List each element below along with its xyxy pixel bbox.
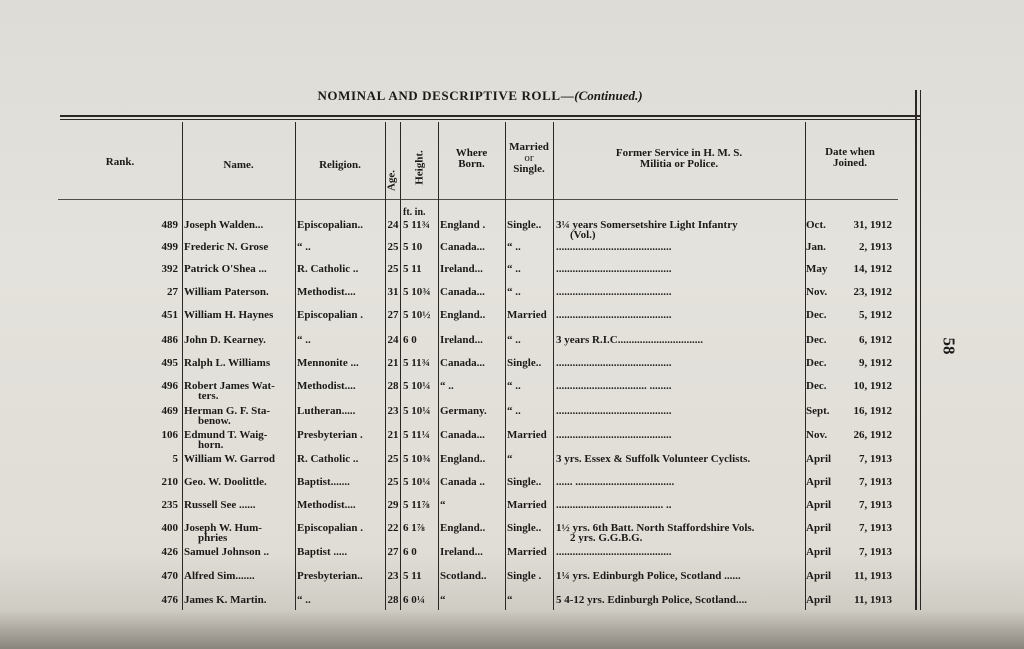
cell-religion: Presbyterian.. [297,570,385,582]
table-row: 486John D. Kearney.“ ..246 0Ireland...“ … [0,334,920,356]
cell-age: 25 [386,241,400,253]
cell-height-text: 6 0 [403,334,417,346]
cell-married-text: “ [507,453,513,465]
cell-age: 23 [386,570,400,582]
cell-age-text: 27 [388,309,399,321]
cell-religion-text: “ .. [297,334,311,346]
cell-height: 5 10¾ [403,286,437,298]
cell-service-text: ........................................… [556,309,672,321]
cell-religion: Methodist.... [297,380,385,392]
header-height: Height. [415,143,426,193]
cell-service-text: 1¼ yrs. Edinburgh Police, Scotland .....… [556,570,741,582]
cell-month: April [806,453,840,465]
cell-born-text: Ireland... [440,546,483,558]
cell-month-text: Dec. [806,334,826,346]
cell-religion: Episcopalian . [297,522,385,534]
cell-married: Married [507,309,553,321]
cell-name-text: Frederic N. Grose [184,241,268,253]
cell-age: 24 [386,334,400,346]
cell-born-text: “ [440,594,446,606]
cell-service: 1½ yrs. 6th Batt. North Staffordshire Vo… [556,522,804,543]
cell-name: John D. Kearney. [184,334,294,346]
cell-married-text: “ .. [507,241,521,253]
cell-month-text: Sept. [806,405,830,417]
table-row: 470Alfred Sim.......Presbyterian..235 11… [0,570,920,592]
cell-age: 28 [386,380,400,392]
cell-month-text: April [806,546,831,558]
cell-height-text: 5 11¾ [403,357,430,369]
cell-rank: 495 [0,357,178,369]
table-row: 469Herman G. F. Sta-benow.Lutheran.....2… [0,405,920,427]
cell-religion-text: Presbyterian.. [297,570,363,582]
cell-name-text: Samuel Johnson .. [184,546,269,558]
cell-name: Edmund T. Waig-horn. [184,429,294,450]
table-row: 400Joseph W. Hum-phriesEpiscopalian .226… [0,522,920,544]
cell-day: 11, 1913 [836,570,892,582]
cell-height-text: 5 10¼ [403,405,431,417]
cell-age: 25 [386,263,400,275]
cell-married-text: “ [507,594,513,606]
cell-age-text: 23 [388,405,399,417]
cell-name: Ralph L. Williams [184,357,294,369]
cell-month-text: Dec. [806,309,826,321]
cell-religion: Presbyterian . [297,429,385,441]
cell-service-text: 5 4-12 yrs. Edinburgh Police, Scotland..… [556,594,747,606]
cell-married: “ .. [507,405,553,417]
cell-name-text: Alfred Sim....... [184,570,255,582]
cell-month: April [806,570,840,582]
cell-rank: 451 [0,309,178,321]
cell-name: Joseph Walden... [184,219,294,231]
cell-month-text: Jan. [806,241,826,253]
table-row: 426Samuel Johnson ..Baptist .....276 0Ir… [0,546,920,568]
cell-age: 23 [386,405,400,417]
cell-name-text: Patrick O'Shea ... [184,263,267,275]
cell-service-continuation: (Vol.) [556,231,804,240]
cell-name-text: William W. Garrod [184,453,275,465]
cell-married: Single.. [507,476,553,488]
cell-married-text: Married [507,546,547,558]
cell-month: April [806,476,840,488]
cell-day-text: 7, 1913 [859,499,892,511]
header-rule [58,199,898,200]
cell-religion-text: Baptist ..... [297,546,347,558]
cell-married: Single.. [507,219,553,231]
cell-born: “ [440,594,504,606]
cell-married: “ .. [507,263,553,275]
cell-height-text: 5 11¾ [403,219,430,231]
cell-rank: 470 [0,570,178,582]
cell-rank: 426 [0,546,178,558]
cell-religion: “ .. [297,241,385,253]
cell-service-continuation: 2 yrs. G.G.B.G. [556,534,804,543]
cell-service: ........................................… [556,357,804,369]
cell-height: 5 11¾ [403,357,437,369]
cell-age-text: 27 [388,546,399,558]
cell-age-text: 25 [388,453,399,465]
page-number: 58 [939,338,959,355]
cell-name: Patrick O'Shea ... [184,263,294,275]
cell-religion: Methodist.... [297,286,385,298]
cell-day: 9, 1912 [836,357,892,369]
cell-height: 5 10½ [403,309,437,321]
cell-religion-text: “ .. [297,594,311,606]
cell-married-text: “ .. [507,380,521,392]
cell-religion-text: Methodist.... [297,380,356,392]
cell-day-text: 26, 1912 [854,429,893,441]
cell-service: 3 years R.I.C...........................… [556,334,804,346]
right-border-2 [920,90,921,610]
cell-age-text: 31 [388,286,399,298]
cell-height-text: 6 0¼ [403,594,425,606]
cell-rank: 27 [0,286,178,298]
table-row: 496Robert James Wat-ters.Methodist....28… [0,380,920,402]
cell-height-text: 5 10¼ [403,476,431,488]
cell-name-text: William H. Haynes [184,309,273,321]
cell-married-text: “ .. [507,263,521,275]
cell-month: May [806,263,840,275]
cell-month-text: April [806,453,831,465]
cell-rank-text: 486 [162,334,179,346]
cell-rank-text: 470 [162,570,179,582]
cell-service: ........................................… [556,286,804,298]
cell-height-text: 5 11¼ [403,429,430,441]
cell-height: 5 11¼ [403,429,437,441]
cell-age-text: 28 [388,380,399,392]
cell-name: Joseph W. Hum-phries [184,522,294,543]
cell-name: Alfred Sim....... [184,570,294,582]
cell-month: Oct. [806,219,840,231]
cell-height: 5 10¼ [403,476,437,488]
cell-day-text: 7, 1913 [859,476,892,488]
cell-religion: R. Catholic .. [297,263,385,275]
cell-day-text: 2, 1913 [859,241,892,253]
cell-height-text: 5 11⅞ [403,499,430,511]
cell-name-text: Russell See ...... [184,499,256,511]
cell-name-text: William Paterson. [184,286,269,298]
cell-rank-text: 476 [162,594,179,606]
cell-age-text: 24 [388,334,399,346]
cell-rank: 106 [0,429,178,441]
cell-age-text: 25 [388,241,399,253]
table-row: 27William Paterson.Methodist....315 10¾C… [0,286,920,308]
cell-born: England . [440,219,504,231]
cell-service-text: ........................................… [556,357,672,369]
cell-service: ...... .................................… [556,476,804,488]
cell-religion-text: R. Catholic .. [297,453,358,465]
table-row: 495Ralph L. WilliamsMennonite ...215 11¾… [0,357,920,379]
table-row: 392Patrick O'Shea ...R. Catholic ..255 1… [0,263,920,285]
cell-married: “ .. [507,241,553,253]
cell-religion-text: Methodist.... [297,499,356,511]
cell-married: Single.. [507,357,553,369]
cell-month-text: April [806,522,831,534]
cell-month: Dec. [806,357,840,369]
cell-height-text: 5 10 [403,241,422,253]
cell-born: Canada... [440,286,504,298]
cell-born-text: Ireland... [440,334,483,346]
cell-age-text: 25 [388,476,399,488]
cell-rank-text: 451 [162,309,179,321]
cell-married: “ [507,594,553,606]
cell-height: 5 10¾ [403,453,437,465]
cell-age: 25 [386,453,400,465]
cell-height: 5 11 [403,263,437,275]
cell-height: 6 0 [403,546,437,558]
cell-born: Canada... [440,357,504,369]
cell-name: Herman G. F. Sta-benow. [184,405,294,426]
cell-age: 24 [386,219,400,231]
cell-age: 27 [386,309,400,321]
cell-rank: 5 [0,453,178,465]
cell-born-text: Canada... [440,241,485,253]
cell-name-text: Edmund T. Waig- [184,429,267,441]
cell-day-text: 23, 1912 [854,286,893,298]
cell-age-text: 21 [388,357,399,369]
cell-height: 6 1⅞ [403,522,437,534]
cell-rank: 392 [0,263,178,275]
cell-service: ........................................… [556,429,804,441]
cell-day-text: 31, 1912 [854,219,893,231]
cell-month-text: Dec. [806,380,826,392]
header-date: Date when Joined. [805,147,895,169]
cell-name: James K. Martin. [184,594,294,606]
cell-rank-text: 495 [162,357,179,369]
cell-religion: Episcopalian.. [297,219,385,231]
cell-service: 5 4-12 yrs. Edinburgh Police, Scotland..… [556,594,804,606]
cell-born-text: England.. [440,453,485,465]
cell-rank: 210 [0,476,178,488]
table-row: 210Geo. W. Doolittle.Baptist.......255 1… [0,476,920,498]
cell-name: William Paterson. [184,286,294,298]
cell-religion-text: Mennonite ... [297,357,359,369]
cell-age: 29 [386,499,400,511]
cell-born-text: England.. [440,309,485,321]
cell-rank: 235 [0,499,178,511]
cell-married-text: “ .. [507,334,521,346]
cell-born: Ireland... [440,546,504,558]
cell-age: 27 [386,546,400,558]
cell-religion: Mennonite ... [297,357,385,369]
cell-day-text: 9, 1912 [859,357,892,369]
cell-day: 23, 1912 [836,286,892,298]
cell-born-text: Canada... [440,357,485,369]
cell-born: England.. [440,522,504,534]
cell-service-text: ....................................... … [556,499,672,511]
header-rank: Rank. [60,157,180,168]
cell-month: Dec. [806,334,840,346]
cell-married-text: Single.. [507,476,541,488]
cell-day-text: 11, 1913 [854,570,892,582]
cell-day-text: 7, 1913 [859,546,892,558]
cell-day-text: 7, 1913 [859,453,892,465]
cell-day: 16, 1912 [836,405,892,417]
cell-service-text: ........................................… [556,263,672,275]
cell-height-text: 5 10½ [403,309,431,321]
header-where-born: Where Born. [438,148,505,170]
cell-height-text: 5 10¾ [403,286,431,298]
cell-service: ....................................... … [556,499,804,511]
cell-married-text: “ .. [507,286,521,298]
title-text: NOMINAL AND DESCRIPTIVE ROLL— [317,88,574,103]
cell-name-text: Geo. W. Doolittle. [184,476,267,488]
cell-religion-text: Lutheran..... [297,405,355,417]
top-rule-2 [60,119,920,120]
cell-service: 3¼ years Somersetshire Light Infantry(Vo… [556,219,804,240]
cell-rank-text: 469 [162,405,179,417]
cell-month: Dec. [806,380,840,392]
header-married-3: Single. [513,163,544,175]
table-row: 476James K. Martin.“ ..286 0¼““5 4-12 yr… [0,594,920,616]
cell-day: 14, 1912 [836,263,892,275]
table-row: 106Edmund T. Waig-horn.Presbyterian .215… [0,429,920,451]
cell-month-text: April [806,570,831,582]
cell-rank-text: 210 [162,476,179,488]
cell-name-text: Joseph Walden... [184,219,263,231]
cell-height-text: 5 11 [403,570,422,582]
cell-rank-text: 392 [162,263,179,275]
cell-born: Germany. [440,405,504,417]
header-service-2: Militia or Police. [640,158,718,170]
cell-month-text: April [806,594,831,606]
table-row: 235Russell See ......Methodist....295 11… [0,499,920,521]
cell-born: Canada... [440,429,504,441]
cell-height-text: 5 11 [403,263,422,275]
cell-religion: “ .. [297,334,385,346]
cell-name-text: James K. Martin. [184,594,266,606]
header-age: Age. [387,166,398,196]
cell-religion: R. Catholic .. [297,453,385,465]
cell-day-text: 16, 1912 [854,405,893,417]
cell-service: ........................................… [556,309,804,321]
cell-rank: 489 [0,219,178,231]
cell-rank-text: 496 [162,380,179,392]
cell-name: Robert James Wat-ters. [184,380,294,401]
table-row: 489Joseph Walden...Episcopalian..245 11¾… [0,219,920,241]
cell-month-text: Nov. [806,429,827,441]
cell-rank-text: 106 [162,429,179,441]
cell-rank: 476 [0,594,178,606]
cell-name: William H. Haynes [184,309,294,321]
cell-month: April [806,522,840,534]
cell-age-text: 28 [388,594,399,606]
cell-name-text: John D. Kearney. [184,334,266,346]
height-units: ft. in. [403,207,426,218]
cell-month: Dec. [806,309,840,321]
cell-day: 6, 1912 [836,334,892,346]
cell-born-text: Ireland... [440,263,483,275]
cell-month-text: Nov. [806,286,827,298]
cell-married-text: Single.. [507,219,541,231]
cell-height-text: 6 1⅞ [403,522,425,534]
cell-rank-text: 499 [162,241,179,253]
cell-born-text: Scotland.. [440,570,486,582]
cell-name-continuation: horn. [184,441,294,450]
cell-rank-text: 235 [162,499,179,511]
cell-service: ........................................… [556,241,804,253]
cell-age-text: 21 [388,429,399,441]
cell-religion-text: Presbyterian . [297,429,363,441]
cell-married: Single.. [507,522,553,534]
cell-age: 22 [386,522,400,534]
cell-month: Sept. [806,405,840,417]
cell-religion: Baptist ..... [297,546,385,558]
cell-rank-text: 27 [167,286,178,298]
cell-born-text: England . [440,219,485,231]
cell-height: 6 0 [403,334,437,346]
cell-day: 31, 1912 [836,219,892,231]
cell-day: 11, 1913 [836,594,892,606]
cell-month-text: May [806,263,827,275]
cell-height: 5 11 [403,570,437,582]
cell-religion: Baptist....... [297,476,385,488]
cell-religion: “ .. [297,594,385,606]
cell-day: 5, 1912 [836,309,892,321]
cell-rank-text: 5 [173,453,179,465]
cell-married: “ .. [507,334,553,346]
cell-married: Single . [507,570,553,582]
cell-married-text: “ .. [507,405,521,417]
cell-married: “ [507,453,553,465]
cell-day: 26, 1912 [836,429,892,441]
cell-born: Canada... [440,241,504,253]
cell-name: Russell See ...... [184,499,294,511]
cell-born-text: Canada... [440,286,485,298]
cell-day: 7, 1913 [836,476,892,488]
cell-born-text: “ [440,499,446,511]
cell-married-text: Married [507,309,547,321]
cell-married: Married [507,546,553,558]
cell-married-text: Married [507,429,547,441]
cell-age: 25 [386,476,400,488]
cell-service: ........................................… [556,263,804,275]
cell-height-text: 5 10¼ [403,380,431,392]
cell-rank: 486 [0,334,178,346]
cell-married: “ .. [507,380,553,392]
cell-service-text: ...... .................................… [556,476,674,488]
cell-rank-text: 400 [162,522,179,534]
cell-religion-text: Baptist....... [297,476,350,488]
cell-age: 21 [386,429,400,441]
cell-height: 6 0¼ [403,594,437,606]
cell-born: “ .. [440,380,504,392]
cell-married: Married [507,499,553,511]
cell-day-text: 6, 1912 [859,334,892,346]
cell-service: 3 yrs. Essex & Suffolk Volunteer Cyclist… [556,453,804,465]
cell-born: Ireland... [440,334,504,346]
cell-service-text: ........................................… [556,429,672,441]
cell-month: Nov. [806,286,840,298]
cell-religion-text: “ .. [297,241,311,253]
cell-height-text: 6 0 [403,546,417,558]
table-row: 499Frederic N. Grose“ ..255 10Canada...“… [0,241,920,263]
cell-day: 7, 1913 [836,546,892,558]
cell-born: Scotland.. [440,570,504,582]
cell-rank: 496 [0,380,178,392]
cell-day-text: 14, 1912 [854,263,893,275]
cell-born-text: Canada .. [440,476,485,488]
cell-month-text: Dec. [806,357,826,369]
cell-day: 7, 1913 [836,499,892,511]
cell-month: Jan. [806,241,840,253]
cell-name: Frederic N. Grose [184,241,294,253]
cell-rank-text: 426 [162,546,179,558]
cell-religion-text: Episcopalian . [297,309,363,321]
cell-rank: 469 [0,405,178,417]
cell-married-text: Single.. [507,357,541,369]
cell-married: Married [507,429,553,441]
cell-born: England.. [440,309,504,321]
